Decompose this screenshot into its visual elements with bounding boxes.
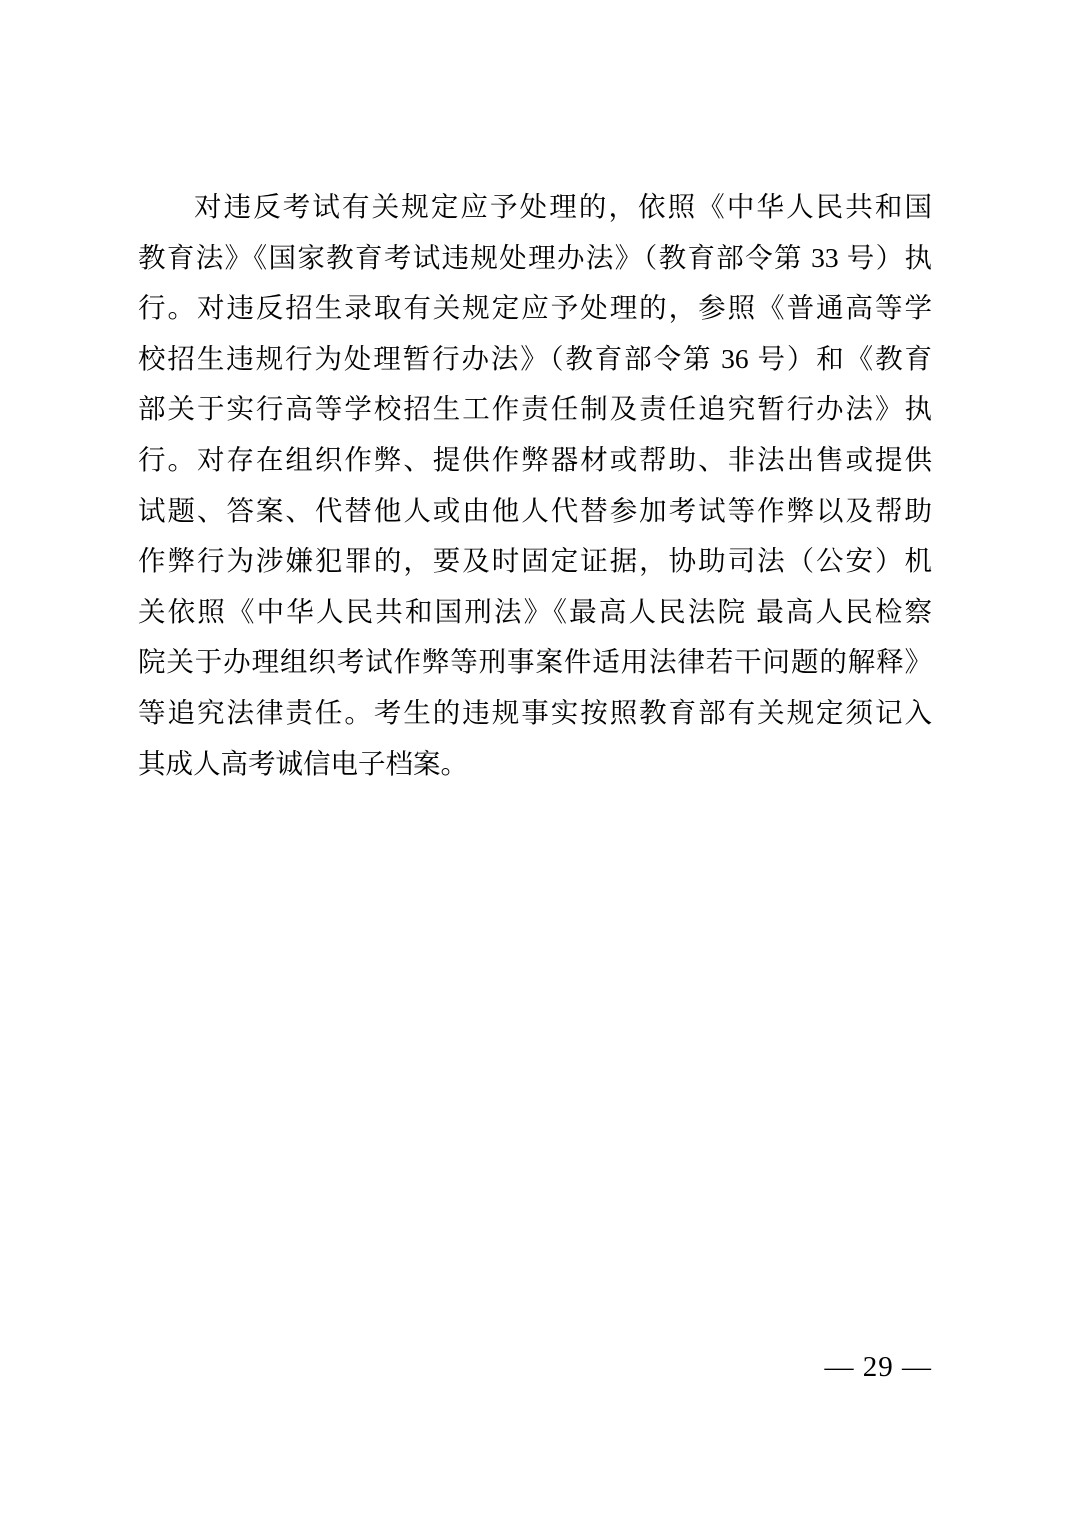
body-line: 行。对违反招生录取有关规定应予处理的，参照《普通高等学 (138, 283, 932, 334)
body-line: 等追究法律责任。考生的违规事实按照教育部有关规定须记入 (138, 688, 932, 739)
body-line: 院关于办理组织考试作弊等刑事案件适用法律若干问题的解释》 (138, 637, 932, 688)
body-line: 对违反考试有关规定应予处理的，依照《中华人民共和国 (138, 182, 932, 233)
document-paragraph: 对违反考试有关规定应予处理的，依照《中华人民共和国 教育法》《国家教育考试违规处… (138, 182, 932, 789)
body-line: 试题、答案、代替他人或由他人代替参加考试等作弊以及帮助 (138, 486, 932, 537)
body-line: 校招生违规行为处理暂行办法》（教育部令第 36 号）和《教育 (138, 334, 932, 385)
body-line: 部关于实行高等学校招生工作责任制及责任追究暂行办法》执 (138, 384, 932, 435)
body-line: 行。对存在组织作弊、提供作弊器材或帮助、非法出售或提供 (138, 435, 932, 486)
body-line: 教育法》《国家教育考试违规处理办法》（教育部令第 33 号）执 (138, 233, 932, 284)
page-number: — 29 — (138, 1350, 932, 1384)
body-line: 作弊行为涉嫌犯罪的，要及时固定证据，协助司法（公安）机 (138, 536, 932, 587)
document-page: 对违反考试有关规定应予处理的，依照《中华人民共和国 教育法》《国家教育考试违规处… (0, 0, 1080, 1528)
body-line: 关依照《中华人民共和国刑法》《最高人民法院 最高人民检察 (138, 587, 932, 638)
body-line: 其成人高考诚信电子档案。 (138, 739, 932, 790)
